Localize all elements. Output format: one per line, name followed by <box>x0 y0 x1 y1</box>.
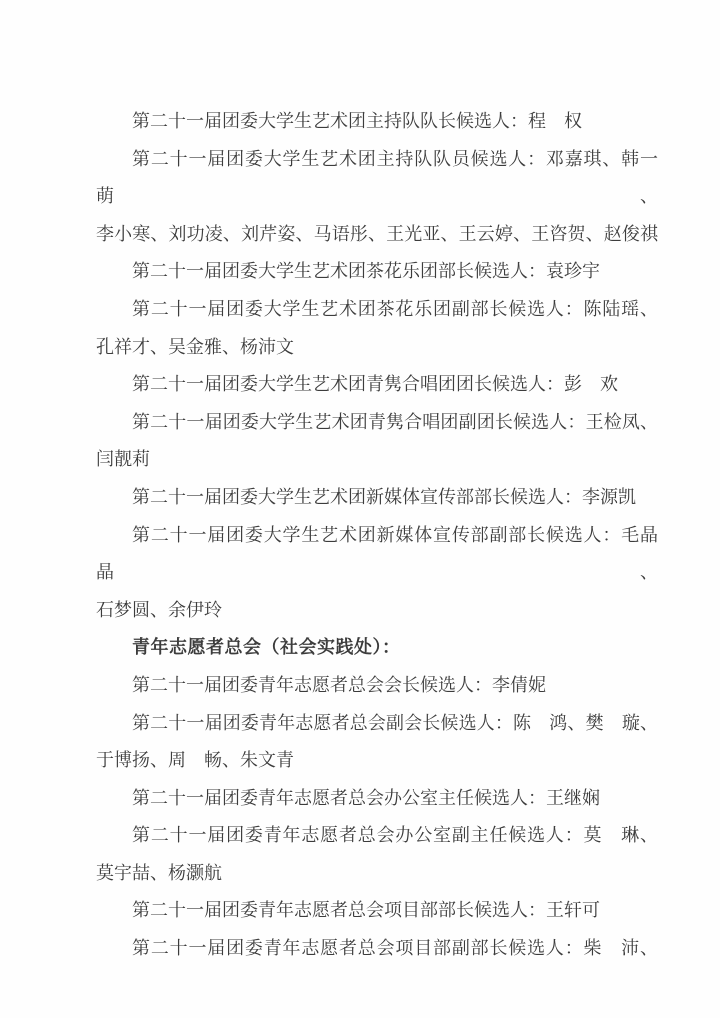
document-line: 莫宇喆、杨灏航 <box>96 855 658 893</box>
document-line: 第二十一届团委大学生艺术团新媒体宣传部部长候选人：李源凯 <box>96 479 658 517</box>
document-line: 李小寒、刘功凌、刘芹姿、马语彤、王光亚、王云婷、王咨贺、赵俊祺 <box>96 216 658 254</box>
document-line: 第二十一届团委青年志愿者总会项目部部长候选人：王轩可 <box>96 892 658 930</box>
document-line: 闫靓莉 <box>96 441 658 479</box>
document-line: 于博扬、周 畅、朱文青 <box>96 742 658 780</box>
document-line: 第二十一届团委大学生艺术团茶花乐团部长候选人：袁珍宇 <box>96 253 658 291</box>
document-line: 石梦圆、余伊玲 <box>96 592 658 630</box>
document-line: 第二十一届团委青年志愿者总会副会长候选人：陈 鸿、樊 璇、 <box>96 705 658 743</box>
document-line: 第二十一届团委青年志愿者总会办公室副主任候选人：莫 琳、 <box>96 817 658 855</box>
section-heading: 青年志愿者总会（社会实践处）： <box>96 629 658 667</box>
document-line: 第二十一届团委大学生艺术团新媒体宣传部副部长候选人：毛晶晶、 <box>96 517 658 592</box>
document-line: 第二十一届团委青年志愿者总会办公室主任候选人：王继娴 <box>96 780 658 818</box>
document-line: 第二十一届团委大学生艺术团主持队队长候选人：程 权 <box>96 103 658 141</box>
document-line: 第二十一届团委大学生艺术团茶花乐团副部长候选人：陈陆瑶、 <box>96 291 658 329</box>
document-line: 第二十一届团委青年志愿者总会项目部副部长候选人：柴 沛、 <box>96 930 658 968</box>
document-line: 第二十一届团委大学生艺术团主持队队员候选人：邓嘉琪、韩一萌、 <box>96 141 658 216</box>
document-line: 第二十一届团委大学生艺术团青隽合唱团副团长候选人：王检凤、 <box>96 404 658 442</box>
document-line: 第二十一届团委青年志愿者总会会长候选人：李倩妮 <box>96 667 658 705</box>
document-line: 第二十一届团委大学生艺术团青隽合唱团团长候选人：彭 欢 <box>96 366 658 404</box>
document-body: 第二十一届团委大学生艺术团主持队队长候选人：程 权 第二十一届团委大学生艺术团主… <box>96 103 658 968</box>
document-page: 第二十一届团委大学生艺术团主持队队长候选人：程 权 第二十一届团委大学生艺术团主… <box>0 0 720 1018</box>
document-line: 孔祥才、吴金雅、杨沛文 <box>96 329 658 367</box>
